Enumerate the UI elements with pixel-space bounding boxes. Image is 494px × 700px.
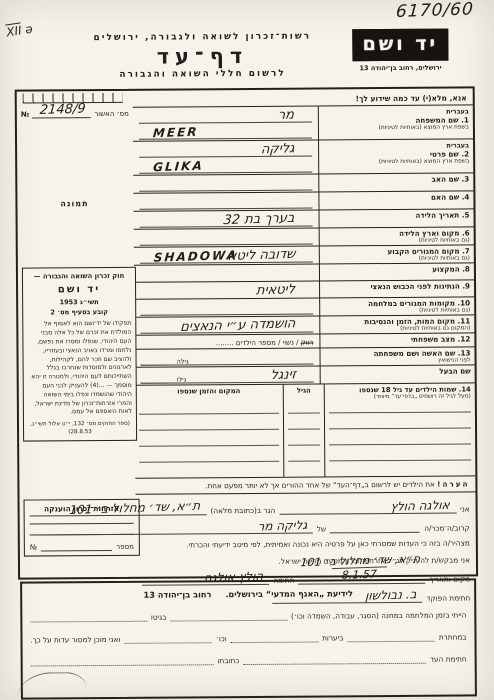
children-name-row: [329, 459, 471, 476]
witness-signature-blank: [243, 653, 426, 665]
field-sublabel: לפני הנישואין: [325, 357, 471, 364]
place-of-death-line: הושמדה ע״י הנאצים: [140, 318, 313, 334]
field-number: 7.: [462, 246, 470, 255]
memorial-number-label: מספר: [116, 543, 134, 551]
residence-latin-value: SHADOWA: [153, 248, 238, 265]
victim-relation-value: גליקה מר: [257, 518, 308, 534]
children-age-row: [288, 428, 320, 444]
father-name-line: [139, 176, 312, 192]
field-label: המקצוע: [432, 265, 459, 274]
wartime-residences-line: [140, 300, 313, 316]
field-sublabel: בשפת ארץ המוצא (באותיות לטיניות): [323, 124, 469, 131]
birth-date-line: בערך בת 32: [140, 212, 313, 228]
field-label: שם האב: [431, 175, 459, 184]
family-name-latin-line: MEER: [139, 124, 312, 140]
ghetto-blank: [30, 611, 147, 623]
resides-label: הגר ב(כתובת מלאה): [210, 506, 275, 515]
field-sublabel: (גם באותיות לטיניות): [324, 307, 470, 314]
hebrew-sublabel: בעברית: [446, 107, 469, 115]
etc-label: וכו׳: [216, 634, 227, 643]
camp-blank: [170, 610, 287, 622]
children-names-header: 14. שמות הילדים עד גיל 18 שנספו (מעל לגי…: [325, 383, 475, 412]
marital-options-rest: / נשוי / מספר הילדים ........: [216, 339, 299, 348]
law-body: תפקידו של יד־ושם הוא לאסוף אל המולדת את …: [27, 320, 132, 418]
husband-name-line: זינגל גילו: [141, 368, 314, 384]
wife-name-line: גילה: [140, 350, 313, 366]
citizenship-value: ליטאית: [256, 282, 296, 298]
field-father-name: 3. שם האב: [133, 173, 473, 193]
hebrew-sublabel: בעברית: [447, 141, 470, 149]
citizenship-line: ליטאית: [140, 283, 313, 298]
number-symbol: №: [21, 111, 29, 119]
number-symbol: №: [30, 543, 37, 551]
field-first-name: בעברית 2. שם פרטי בשפת ארץ המוצא (באותיו…: [133, 139, 473, 175]
declarant-name-value: אולגה הולץ: [390, 498, 450, 514]
logo-address: ירושלים, רחוב בן־יהודה 13: [352, 64, 448, 73]
field-label: שם הבעל: [439, 366, 470, 375]
children-age-row: [288, 412, 320, 428]
field-number: 6.: [462, 228, 470, 237]
family-name-hebrew-line: מר: [139, 108, 312, 124]
declarant-address-blank: ת״א, שד׳ מחלול ב׳ 101: [30, 502, 207, 516]
declarant-address-value: ת״א, שד׳ מחלול ב׳ 101: [69, 499, 201, 517]
field-number: 3.: [462, 174, 470, 183]
approval-number-blank: 2148/9: [32, 106, 91, 118]
children-age-header: הגיל: [284, 384, 324, 412]
witness-signature-line: חתימת העד כתובתו: [31, 652, 467, 666]
children-name-row: [329, 443, 471, 460]
law-text-box: חוק זכרון השואה והגבורה — יד ושם תשי״ג 1…: [22, 267, 137, 441]
note-label: הערה!: [437, 479, 469, 488]
law-title: חוק זכרון השואה והגבורה —: [27, 272, 131, 283]
archival-corner-mark: XII ǝ: [5, 22, 33, 40]
field-number: 5.: [462, 210, 470, 219]
underground-blank: [347, 631, 434, 643]
i-label: אני: [460, 504, 470, 513]
section-header: לידיעת „האגף המדעי“ בירושלים.רחוב בן־יהו…: [30, 587, 466, 600]
section-header-text: לידיעת „האגף המדעי“ בירושלים.: [225, 588, 353, 599]
field-husband-name: שם הבעל זינגל גילו: [135, 365, 475, 385]
his-age-label: גילו: [177, 375, 187, 383]
approval-number-box: № 2148/9 מס׳ האשור: [19, 104, 131, 121]
approval-number-label: מס׳ האשור: [94, 110, 129, 118]
field-sublabel: (המקום גם באותיות לטיניות): [324, 325, 470, 332]
residence-line: שדובה ליטא SHADOWA: [140, 248, 313, 264]
children-name-row: [329, 427, 471, 444]
children-age-row: [288, 444, 320, 460]
his-age-blank: [141, 375, 175, 384]
children-place-row: [139, 413, 279, 430]
field-number: 1.: [461, 115, 469, 124]
of-label: של: [317, 524, 326, 533]
place-of-death-value: הושמדה ע״י הנאצים: [180, 316, 296, 335]
relation-label: קרוב/ה־מכר/ה: [424, 523, 470, 532]
field-number: 10.: [457, 298, 470, 307]
section-header-address: רחוב בן־יהודה 13: [143, 589, 211, 599]
photo-label: תמונה: [17, 199, 131, 209]
ghetto-label: בגיטו: [151, 613, 167, 622]
willing-testify-label: ואני מוכן למסור עדות על כך.: [30, 635, 120, 645]
law-reference: (ספר החוקים מס׳ 132, י״ט אלול תשי״ג, 28.…: [28, 420, 132, 437]
note-text: את הילדים יש לרשום ב„דף־העד“ של אחד ההור…: [205, 480, 435, 491]
witness-address-label: כתובתו: [218, 656, 240, 665]
birth-place-line: [140, 230, 313, 246]
first-name-latin-value: GLIKA: [153, 159, 205, 175]
witness-signature-label: חתימת העד: [430, 654, 467, 663]
handwritten-file-number: 6170/60: [396, 0, 475, 22]
scanned-page: XII ǝ 6170/60 יד ושם ירושלים, רחוב בן־יה…: [0, 0, 494, 700]
birth-date-value: בערך בת 32: [223, 211, 295, 228]
field-label: הנתינות לפני הכבוש הנאצי: [370, 282, 459, 292]
law-yad-vashem: יד ושם: [27, 283, 131, 298]
children-place-row: [139, 429, 279, 446]
field-wartime-residences: 10. מקומות המגורים במלחמה (גם באותיות לט…: [134, 297, 474, 317]
field-number: 9.: [462, 281, 470, 290]
field-number: 14.: [459, 385, 471, 393]
logo-text: יד ושם: [352, 29, 448, 62]
field-label: שם המשפחה: [415, 116, 458, 125]
marital-options: רווק / נשוי / מספר הילדים ........: [140, 335, 313, 348]
memorial-number-blank: [41, 541, 112, 551]
children-age-row: [288, 460, 320, 476]
field-number: 11.: [458, 316, 471, 325]
children-name-row: [329, 411, 471, 428]
law-clause: קובע בסעיף מס׳ 2: [27, 308, 131, 318]
relation-blank: [330, 520, 420, 534]
field-sublabel: (גם באותיות לטיניות): [324, 255, 470, 262]
field-family-name: בעברית 1. שם המשפחה בשפת ארץ המוצא (באות…: [133, 105, 473, 141]
children-place-header: המקום והזמן שנספו: [135, 385, 283, 414]
field-label: תאריך הלידה: [415, 211, 459, 220]
family-name-hebrew-value: מר: [277, 107, 294, 123]
field-sublabel: (גם באותיות לטיניות): [324, 237, 470, 244]
witness-underground-line: במחתרת ביערות וכו׳ ואני מוכן למסור עדות …: [30, 630, 466, 644]
field-label: מקום וארץ הלידה: [399, 229, 459, 238]
scientific-branch-section: לידיעת „האגף המדעי“ בירושלים.רחוב בן־יהו…: [20, 578, 477, 699]
witness-camp-line: הייתי בזמן המלחמה במחנה (הסגר, עבודה, הש…: [30, 608, 466, 622]
field-label: מקום המגורים הקבוע: [387, 247, 459, 257]
field-label: מצב משפחתי: [411, 335, 455, 344]
etc-blank: [124, 632, 211, 644]
forests-label: ביערות: [322, 633, 343, 642]
approval-number-value: 2148/9: [40, 102, 87, 119]
her-age-blank: [141, 357, 175, 366]
field-number: 12.: [458, 334, 471, 343]
marital-option-single: רווק: [301, 339, 314, 347]
first-name-hebrew-value: גליקה: [260, 141, 295, 157]
field-label: שם האם: [431, 193, 459, 202]
first-name-latin-line: GLIKA: [139, 158, 312, 174]
field-number: 2.: [461, 149, 469, 158]
husband-name-value: זינגל: [270, 367, 296, 383]
witness-address-blank: [31, 654, 214, 666]
forests-blank: [231, 632, 318, 644]
field-mother-name: 4. שם האם: [133, 191, 473, 211]
children-place-row: [139, 461, 279, 478]
her-age-label: גילה: [177, 357, 189, 365]
field-birth-date: 5. תאריך הלידה בערך בת 32: [134, 209, 474, 229]
page-curl: [17, 672, 87, 699]
page-subtitle: לרשום חללי השואה והגבורה: [73, 68, 333, 80]
field-birth-place: 6. מקום וארץ הלידה (גם באותיות לטיניות): [134, 227, 474, 247]
children-table: 14. שמות הילדים עד גיל 18 שנספו (מעל לגי…: [135, 383, 476, 478]
form-rows: אנא, מלא(י) עד כמה שידוע לך! בעברית 1. ש…: [133, 88, 476, 494]
children-place-row: [139, 445, 279, 462]
yad-vashem-logo: יד ושם ירושלים, רחוב בן־יהודה 13: [352, 29, 448, 73]
field-wife-name: 13. שם האשה ושם משפחתה לפני הנישואין גיל…: [134, 347, 474, 367]
testimony-form: № 2148/9 מס׳ האשור תמונה חוק זכרון השואה…: [15, 86, 478, 579]
field-number: 8.: [462, 264, 470, 273]
underground-label: במחתרת: [439, 632, 467, 641]
form-header: יד ושם ירושלים, רחוב בן־יהודה 13 רשות־זכ…: [0, 24, 492, 27]
field-sublabel: (מעל לגיל זה רושמים „בדפי־עד“ מיוחד): [329, 393, 471, 400]
profession-line: [140, 266, 313, 281]
first-name-hebrew-line: גליקה: [139, 142, 312, 158]
camp-label: הייתי בזמן המלחמה במחנה (הסגר, עבודה, הש…: [291, 610, 466, 620]
declarant-name-blank: אולגה הולץ: [279, 501, 456, 515]
mother-name-line: [139, 194, 312, 210]
field-permanent-residence: 7. מקום המגורים הקבוע (גם באותיות לטיניו…: [134, 245, 474, 265]
field-number: 4.: [462, 192, 470, 201]
victim-relation-blank: גליקה מר: [30, 521, 313, 536]
page-title: דף־עד: [72, 43, 332, 69]
field-place-of-death: 11. מקום המות, הזמן והנסיבות (המקום גם ב…: [134, 315, 474, 335]
field-label: שם פרטי: [430, 150, 459, 159]
family-name-latin-value: MEER: [152, 125, 199, 141]
field-sublabel: בשפת ארץ המוצא (באותיות לטיניות): [323, 158, 469, 165]
authority-line: רשות־זכרון לשואה ולגבורה, ירושלים: [72, 31, 332, 43]
field-number: 13.: [458, 348, 471, 357]
